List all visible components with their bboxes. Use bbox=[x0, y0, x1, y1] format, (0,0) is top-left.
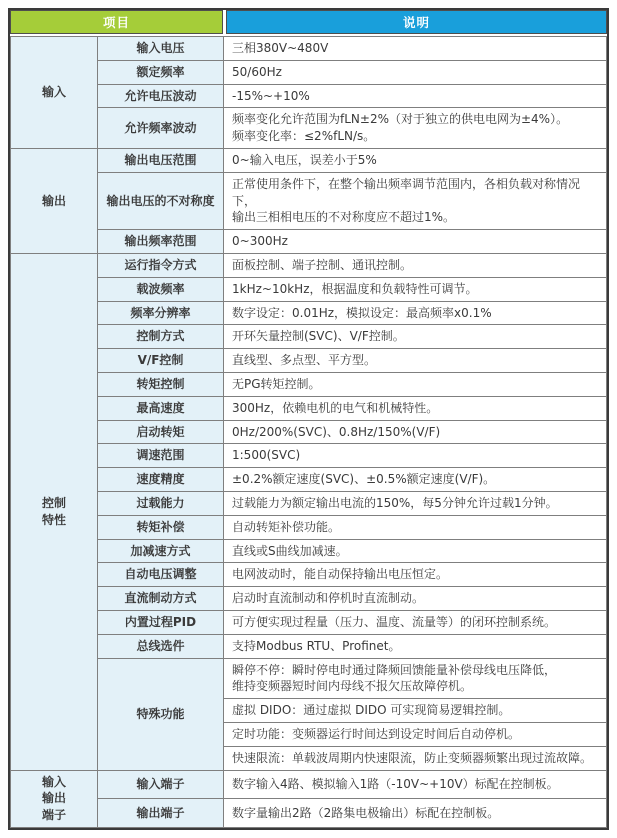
param-name-cell: 控制方式 bbox=[98, 325, 224, 349]
description-cell: 支持Modbus RTU、Profinet。 bbox=[224, 634, 607, 658]
description-cell: 数字设定：0.01Hz，模拟设定：最高频率x0.1% bbox=[224, 301, 607, 325]
param-name-cell: 输出端子 bbox=[98, 799, 224, 828]
param-name-cell: 直流制动方式 bbox=[98, 587, 224, 611]
category-cell: 输入输出端子 bbox=[11, 770, 98, 827]
spec-row: 控制特性运行指令方式面板控制、端子控制、通讯控制。 bbox=[11, 253, 607, 277]
spec-row: 输入输出端子输入端子数字输入4路、模拟输入1路（-10V~+10V）标配在控制板… bbox=[11, 770, 607, 799]
spec-row: 允许频率波动频率变化允许范围为fLN±2%（对于独立的供电电网为±4%）。频率变… bbox=[11, 108, 607, 149]
spec-table-body: 输入输入电压三相380V~480V额定频率50/60Hz允许电压波动-15%~+… bbox=[11, 37, 607, 828]
param-name-cell: 加减速方式 bbox=[98, 539, 224, 563]
description-cell: 1:500(SVC) bbox=[224, 444, 607, 468]
param-name-cell: 转矩补偿 bbox=[98, 515, 224, 539]
header-item: 项目 bbox=[10, 10, 223, 34]
spec-row: 转矩补偿自动转矩补偿功能。 bbox=[11, 515, 607, 539]
description-cell: 0~输入电压，误差小于5% bbox=[224, 148, 607, 172]
param-name-cell: 载波频率 bbox=[98, 277, 224, 301]
description-cell: 快速限流：单载波周期内快速限流，防止变频器频繁出现过流故障。 bbox=[224, 746, 607, 770]
param-name-cell: 自动电压调整 bbox=[98, 563, 224, 587]
description-cell: 正常使用条件下，在整个输出频率调节范围内，各相负载对称情况下，输出三相相电压的不… bbox=[224, 172, 607, 229]
param-name-cell: 输出电压的不对称度 bbox=[98, 172, 224, 229]
description-cell: 无PG转矩控制。 bbox=[224, 372, 607, 396]
description-cell: 开环矢量控制(SVC)、V/F控制。 bbox=[224, 325, 607, 349]
description-cell: 0Hz/200%(SVC)、0.8Hz/150%(V/F) bbox=[224, 420, 607, 444]
category-cell: 输入 bbox=[11, 37, 98, 149]
param-name-cell: 特殊功能 bbox=[98, 658, 224, 770]
param-name-cell: 输入端子 bbox=[98, 770, 224, 799]
description-cell: 虚拟 DIDO：通过虚拟 DIDO 可实现简易逻辑控制。 bbox=[224, 699, 607, 723]
param-name-cell: 允许电压波动 bbox=[98, 84, 224, 108]
description-cell: -15%~+10% bbox=[224, 84, 607, 108]
param-name-cell: 速度精度 bbox=[98, 468, 224, 492]
param-name-cell: 转矩控制 bbox=[98, 372, 224, 396]
spec-row: 输出频率范围0~300Hz bbox=[11, 230, 607, 254]
description-cell: 50/60Hz bbox=[224, 60, 607, 84]
spec-row: 速度精度±0.2%额定速度(SVC)、±0.5%额定速度(V/F)。 bbox=[11, 468, 607, 492]
spec-row: V/F控制直线型、多点型、平方型。 bbox=[11, 349, 607, 373]
spec-row: 输出端子数字量输出2路（2路集电极输出）标配在控制板。 bbox=[11, 799, 607, 828]
spec-row: 转矩控制无PG转矩控制。 bbox=[11, 372, 607, 396]
spec-row: 输出电压的不对称度正常使用条件下，在整个输出频率调节范围内，各相负载对称情况下，… bbox=[11, 172, 607, 229]
spec-row: 额定频率50/60Hz bbox=[11, 60, 607, 84]
spec-row: 直流制动方式启动时直流制动和停机时直流制动。 bbox=[11, 587, 607, 611]
description-cell: 瞬停不停：瞬时停电时通过降频回馈能量补偿母线电压降低，维持变频器短时间内母线不报… bbox=[224, 658, 607, 699]
param-name-cell: 调速范围 bbox=[98, 444, 224, 468]
spec-row: 输入输入电压三相380V~480V bbox=[11, 37, 607, 61]
spec-row: 频率分辨率数字设定：0.01Hz，模拟设定：最高频率x0.1% bbox=[11, 301, 607, 325]
param-name-cell: 输出频率范围 bbox=[98, 230, 224, 254]
page: 项目 说明 输入输入电压三相380V~480V额定频率50/60Hz允许电压波动… bbox=[0, 0, 617, 838]
category-cell: 输出 bbox=[11, 148, 98, 253]
description-cell: 数字输入4路、模拟输入1路（-10V~+10V）标配在控制板。 bbox=[224, 770, 607, 799]
description-cell: 数字量输出2路（2路集电极输出）标配在控制板。 bbox=[224, 799, 607, 828]
param-name-cell: 启动转矩 bbox=[98, 420, 224, 444]
spec-row: 总线选件支持Modbus RTU、Profinet。 bbox=[11, 634, 607, 658]
category-cell: 控制特性 bbox=[11, 253, 98, 770]
param-name-cell: 额定频率 bbox=[98, 60, 224, 84]
param-name-cell: 允许频率波动 bbox=[98, 108, 224, 149]
spec-row: 控制方式开环矢量控制(SVC)、V/F控制。 bbox=[11, 325, 607, 349]
table-header: 项目 说明 bbox=[10, 10, 607, 34]
spec-row: 输出输出电压范围0~输入电压，误差小于5% bbox=[11, 148, 607, 172]
spec-row: 过载能力过载能力为额定输出电流的150%，每5分钟允许过载1分钟。 bbox=[11, 491, 607, 515]
description-cell: 频率变化允许范围为fLN±2%（对于独立的供电电网为±4%）。频率变化率：≤2%… bbox=[224, 108, 607, 149]
description-cell: 电网波动时，能自动保持输出电压恒定。 bbox=[224, 563, 607, 587]
description-cell: 1kHz~10kHz，根据温度和负载特性可调节。 bbox=[224, 277, 607, 301]
description-cell: 自动转矩补偿功能。 bbox=[224, 515, 607, 539]
param-name-cell: 输入电压 bbox=[98, 37, 224, 61]
param-name-cell: 最高速度 bbox=[98, 396, 224, 420]
header-description: 说明 bbox=[226, 10, 607, 34]
description-cell: 0~300Hz bbox=[224, 230, 607, 254]
description-cell: ±0.2%额定速度(SVC)、±0.5%额定速度(V/F)。 bbox=[224, 468, 607, 492]
param-name-cell: 总线选件 bbox=[98, 634, 224, 658]
spec-row: 特殊功能瞬停不停：瞬时停电时通过降频回馈能量补偿母线电压降低，维持变频器短时间内… bbox=[11, 658, 607, 699]
description-cell: 直线型、多点型、平方型。 bbox=[224, 349, 607, 373]
description-cell: 三相380V~480V bbox=[224, 37, 607, 61]
param-name-cell: 频率分辨率 bbox=[98, 301, 224, 325]
spec-table-frame: 项目 说明 输入输入电压三相380V~480V额定频率50/60Hz允许电压波动… bbox=[8, 8, 609, 830]
spec-row: 允许电压波动-15%~+10% bbox=[11, 84, 607, 108]
param-name-cell: 输出电压范围 bbox=[98, 148, 224, 172]
description-cell: 启动时直流制动和停机时直流制动。 bbox=[224, 587, 607, 611]
spec-row: 调速范围1:500(SVC) bbox=[11, 444, 607, 468]
param-name-cell: 过载能力 bbox=[98, 491, 224, 515]
spec-row: 加减速方式直线或S曲线加减速。 bbox=[11, 539, 607, 563]
spec-row: 载波频率1kHz~10kHz，根据温度和负载特性可调节。 bbox=[11, 277, 607, 301]
spec-row: 最高速度300Hz，依赖电机的电气和机械特性。 bbox=[11, 396, 607, 420]
description-cell: 300Hz，依赖电机的电气和机械特性。 bbox=[224, 396, 607, 420]
description-cell: 过载能力为额定输出电流的150%，每5分钟允许过载1分钟。 bbox=[224, 491, 607, 515]
param-name-cell: 内置过程PID bbox=[98, 610, 224, 634]
spec-row: 启动转矩0Hz/200%(SVC)、0.8Hz/150%(V/F) bbox=[11, 420, 607, 444]
description-cell: 可方便实现过程量（压力、温度、流量等）的闭环控制系统。 bbox=[224, 610, 607, 634]
description-cell: 直线或S曲线加减速。 bbox=[224, 539, 607, 563]
spec-row: 内置过程PID可方便实现过程量（压力、温度、流量等）的闭环控制系统。 bbox=[11, 610, 607, 634]
description-cell: 面板控制、端子控制、通讯控制。 bbox=[224, 253, 607, 277]
spec-row: 自动电压调整电网波动时，能自动保持输出电压恒定。 bbox=[11, 563, 607, 587]
param-name-cell: 运行指令方式 bbox=[98, 253, 224, 277]
spec-table: 输入输入电压三相380V~480V额定频率50/60Hz允许电压波动-15%~+… bbox=[10, 36, 607, 828]
param-name-cell: V/F控制 bbox=[98, 349, 224, 373]
description-cell: 定时功能：变频器运行时间达到设定时间后自动停机。 bbox=[224, 722, 607, 746]
